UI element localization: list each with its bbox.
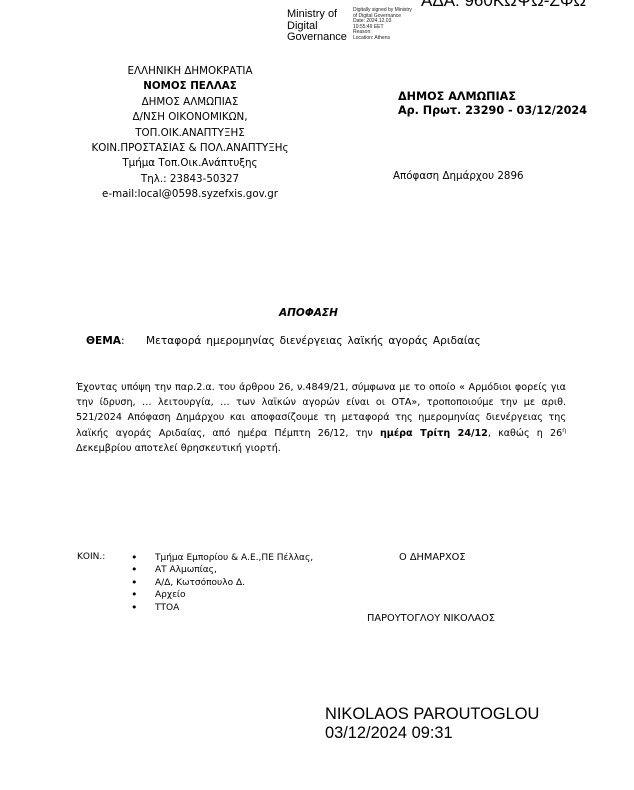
distribution-item: Α/Δ, Κωτσόπουλο Δ. <box>131 577 313 589</box>
header-phone: Τηλ.: 23843-50327 <box>70 172 310 187</box>
protocol-number: Αρ. Πρωτ. 23290 - 03/12/2024 <box>398 104 587 118</box>
header-email: e-mail:local@0598.syzefxis.gov.gr <box>70 187 310 202</box>
document-title: ΑΠΟΦΑΣΗ <box>279 307 338 319</box>
signature-organization: Ministry of Digital Governance <box>287 9 347 44</box>
ada-code: ΑΔΑ: 960ΚΩΨΩ-ΖΦΩ <box>421 0 586 11</box>
header-line: Δ/ΝΣΗ ΟΙΚΟΝΟΜΙΚΩΝ, <box>70 110 310 125</box>
protocol-block: ΔΗΜΟΣ ΑΛΜΩΠΙΑΣ Αρ. Πρωτ. 23290 - 03/12/2… <box>398 90 587 117</box>
signature-org-line: Governance <box>287 32 347 44</box>
issuer-header: ΕΛΛΗΝΙΚΗ ΔΗΜΟΚΡΑΤΙΑ ΝΟΜΟΣ ΠΕΛΛΑΣ ΔΗΜΟΣ Α… <box>70 64 310 203</box>
subject-label: ΘΕΜΑ: <box>86 335 125 347</box>
signatory-name: ΠΑΡΟΥΤΟΓΛΟΥ ΝΙΚΟΛΑΟΣ <box>367 613 495 624</box>
decision-number: Απόφαση Δημάρχου 2896 <box>393 170 524 182</box>
signatory-title: Ο ΔΗΜΑΡΧΟΣ <box>399 552 466 563</box>
municipality-name: ΔΗΜΟΣ ΑΛΜΩΠΙΑΣ <box>398 90 587 104</box>
decision-body: Έχοντας υπόψη την παρ.2.α. του άρθρου 26… <box>76 380 566 456</box>
signature-details: Digitally signed by Ministry of Digital … <box>353 8 412 42</box>
header-line: ΔΗΜΟΣ ΑΛΜΩΠΙΑΣ <box>70 95 310 110</box>
subject-colon: : <box>121 335 125 347</box>
e-signature-datetime: 03/12/2024 09:31 <box>325 724 453 743</box>
header-line: ΚΟΙΝ.ΠΡΟΣΤΑΣΙΑΣ & ΠΟΛ.ΑΝΑΠΤΥΞΗς <box>70 141 310 156</box>
body-bold-date: ημέρα Τρίτη 24/12 <box>380 428 488 439</box>
e-signature-name: NIKOLAOS PAROUTOGLOU <box>325 705 539 724</box>
subject-label-text: ΘΕΜΑ <box>86 335 121 347</box>
body-text: , καθώς η 26 <box>488 428 562 439</box>
header-line: Τμήμα Τοπ.Οικ.Ανάπτυξης <box>70 156 310 171</box>
body-paragraph: Έχοντας υπόψη την παρ.2.α. του άρθρου 26… <box>76 380 566 456</box>
distribution-item: ΑΤ Αλμωπίας, <box>131 564 313 576</box>
header-line: ΝΟΜΟΣ ΠΕΛΛΑΣ <box>70 79 310 94</box>
subject-text: Μεταφορά ημερομηνίας διενέργειας λαϊκής … <box>146 335 481 347</box>
distribution-item: Τμήμα Εμπορίου & Α.Ε.,ΠΕ Πέλλας, <box>131 552 313 564</box>
body-text: Δεκεμβρίου αποτελεί θρησκευτική γιορτή. <box>76 443 281 454</box>
header-line: ΕΛΛΗΝΙΚΗ ΔΗΜΟΚΡΑΤΙΑ <box>70 64 310 79</box>
distribution-item: Αρχείο <box>131 589 313 601</box>
header-line: ΤΟΠ.ΟΙΚ.ΑΝΑΠΤΥΞΗΣ <box>70 126 310 141</box>
distribution-label: ΚΟΙΝ.: <box>77 552 105 562</box>
distribution-list: Τμήμα Εμπορίου & Α.Ε.,ΠΕ Πέλλας, ΑΤ Αλμω… <box>131 552 313 614</box>
signature-org-line: Ministry of <box>287 9 347 21</box>
distribution-item: ΤΤΟΑ <box>131 602 313 614</box>
ordinal-superscript: η <box>562 427 566 434</box>
